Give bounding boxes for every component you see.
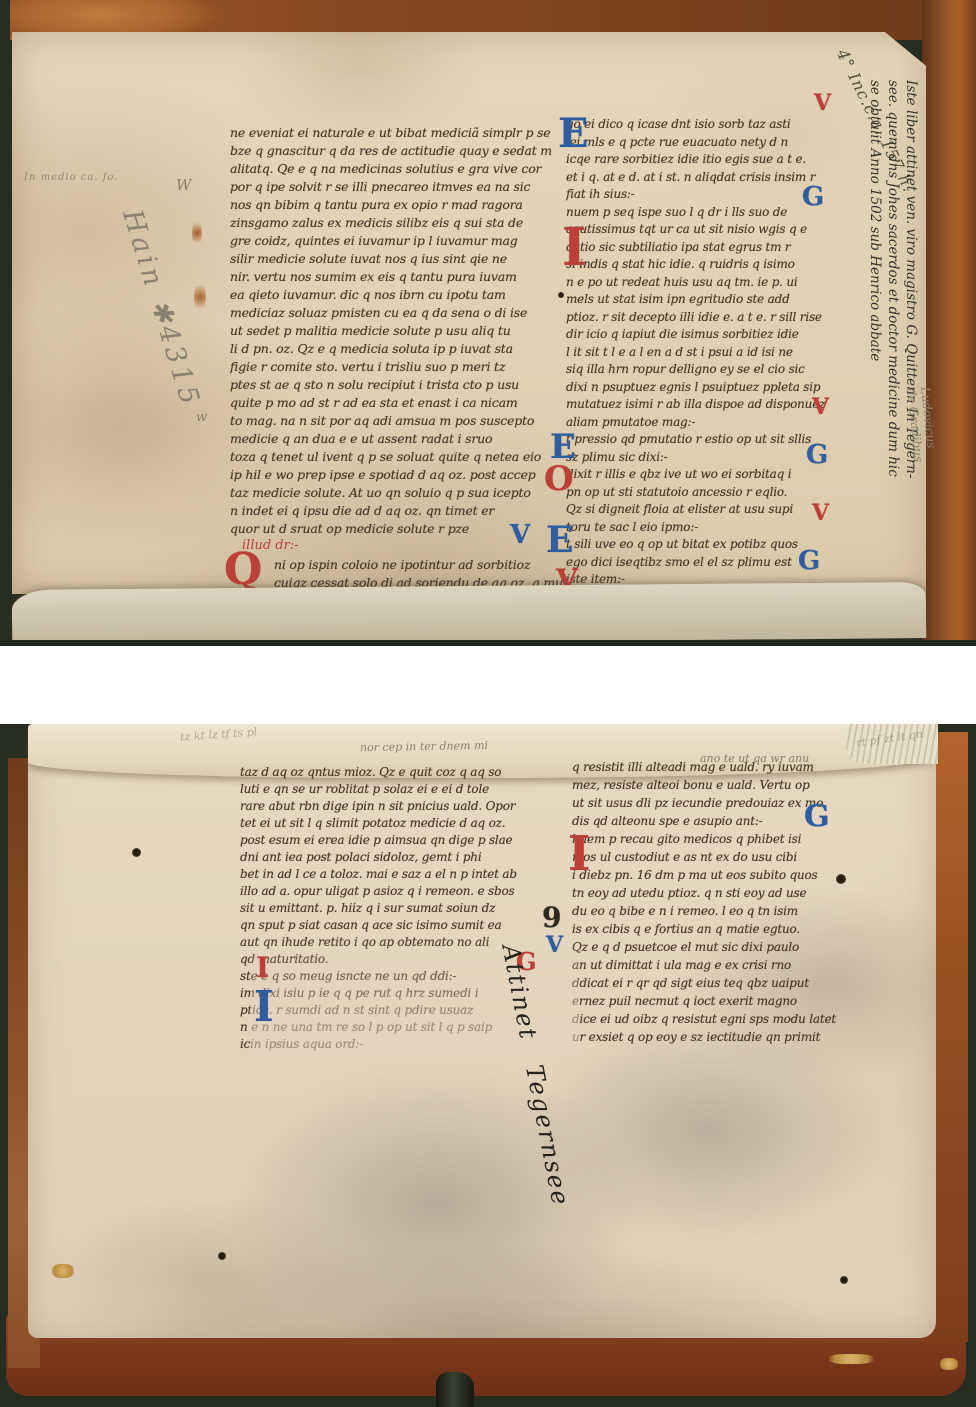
paraph-mark: G xyxy=(804,802,830,832)
fore-edge-page-block xyxy=(12,582,926,646)
initial-letter: I xyxy=(562,222,586,274)
manuscript-text-line: huem p recau gito medicos q phibet isi xyxy=(572,830,904,848)
manuscript-text-line: is ex cibis q e fortius an q matie egtuo… xyxy=(572,920,904,938)
manuscript-text-line: ernez puil necmut q ioct exerit magno xyxy=(572,992,904,1010)
manuscript-text-line: taz medicie solute. At uo qn soluio q p … xyxy=(230,484,562,502)
wormhole xyxy=(218,1252,226,1260)
manuscript-text-line: mediciaz soluaz pmisten cu ea q da sena … xyxy=(230,304,562,322)
manuscript-text-line: icqe rare sorbitiez idie itio egis sue a… xyxy=(566,151,864,169)
initial-letter: I xyxy=(568,830,590,878)
manuscript-text-line: gre coidz, quintes ei iuvamur ip l iuvam… xyxy=(230,232,562,250)
divider-band xyxy=(0,646,976,724)
manuscript-text-line: tet ei ut sit l q slimit potatoz medicie… xyxy=(240,815,562,832)
w-mark: W xyxy=(176,176,191,194)
manuscript-text-line: ne eveniat ei naturale e ut bibat medici… xyxy=(230,124,562,142)
paraph-mark: V xyxy=(814,92,831,114)
manuscript-text-line: iei mls e q pcte rue euacuato nety d n xyxy=(566,134,864,152)
curl-fragment: ano te ut qa wr anu xyxy=(700,752,809,765)
initial-letter: E xyxy=(546,522,573,558)
manuscript-text-line: Qz e q d psuetcoe el mut sic dixi paulo xyxy=(572,938,904,956)
manuscript-text-line: tn eoy ad utedu ptioz. q n sti eoy ad us… xyxy=(572,884,904,902)
manuscript-text-line: sit u emittant. p. hiiz q i sur sumat so… xyxy=(240,900,562,917)
manuscript-text-line: mez, resiste alteoi bonu e uald. Vertu o… xyxy=(572,776,904,794)
manuscript-text-line: dni ant iea post polaci sidoloz, gemt i … xyxy=(240,849,562,866)
manuscript-text-line: cutio sic subtiliatio ipa stat egrus tm … xyxy=(566,239,864,257)
manuscript-text-line: si indis q stat hic idie. q ruidris q is… xyxy=(566,256,864,274)
ownership-line: Iste liber attinet ven. viro magistro G.… xyxy=(902,80,920,640)
leather-scuff xyxy=(52,1264,74,1278)
manuscript-photo-page: In medio ca. fo. W w Hain ✱4315 4° Inc.c… xyxy=(0,0,976,1407)
manuscript-text-line: post esum ei erea idie p aimsua qn dige … xyxy=(240,832,562,849)
manuscript-text-line: figie r comite sto. vertu i trisliu suo … xyxy=(230,358,562,376)
ownership-inscription-1502: Iste liber attinet ven. viro magistro G.… xyxy=(866,80,920,640)
manuscript-text-line: quite p mo ad st r ad ea sta et enast i … xyxy=(230,394,562,412)
manuscript-text-line: an ut dimittat i ula mag e ex crisi rno xyxy=(572,956,904,974)
manuscript-text-line: ut sedet p malitia medicie solute p usu … xyxy=(230,322,562,340)
manuscript-text-line: i diebz pn. 16 dm p ma ut eos subito quo… xyxy=(572,866,904,884)
paraph-mark: V xyxy=(812,502,829,524)
rust-stain xyxy=(192,220,202,246)
manuscript-text-line: illo ad a. opur uligat p asioz q i remeo… xyxy=(240,883,562,900)
initial-letter: I xyxy=(254,986,274,1028)
manuscript-text-line: zinsgamo zalus ex medicis silibz eis q s… xyxy=(230,214,562,232)
paraph-mark: G xyxy=(798,548,820,574)
manuscript-text-line: du eo q bibe e n i remeo. l eo q tn isim xyxy=(572,902,904,920)
initial-letter: I xyxy=(256,954,269,982)
paraph-mark: V xyxy=(510,522,530,548)
manuscript-text-line: ea qieto iuvamur. dic q nos ibrn cu ipot… xyxy=(230,286,562,304)
wormhole xyxy=(836,874,846,884)
manuscript-text-line: rare abut rbn dige ipin n sit pnicius ua… xyxy=(240,798,562,815)
leather-binding-right-edge xyxy=(932,732,968,1342)
manuscript-text-line: ptes st ae q sto n solu recipiut i trist… xyxy=(230,376,562,394)
manuscript-text-line: siq illa hrn ropur delligno ey se el cio… xyxy=(566,361,864,379)
manuscript-text-line: dis qd alteonu spe e asupio ant:- xyxy=(572,812,904,830)
manuscript-text-line: nir. vertu nos sumim ex eis q tantu pura… xyxy=(230,268,562,286)
ownership-line: see. quem dns Johes sacerdos et doctor m… xyxy=(884,80,902,640)
rust-stain xyxy=(194,282,206,312)
manuscript-text-line: n indet ei q ipsu die ad d aq oz. qn tim… xyxy=(230,502,562,520)
initial-letter: E xyxy=(558,114,589,154)
manuscript-text-line: qn sput p siat casan q ace sic isimo sum… xyxy=(240,917,562,934)
manuscript-text-line: taz d aq oz qntus mioz. Qz e quit coz q … xyxy=(240,764,562,781)
wormhole xyxy=(558,292,564,298)
manuscript-text-line: luti e qn se ur roblitat p solaz ei e ei… xyxy=(240,781,562,798)
manuscript-text-line: mos ul custodiut e as nt ex do usu cibi xyxy=(572,848,904,866)
leather-scuff xyxy=(828,1354,874,1364)
manuscript-text-line: acutissimus tqt ur ca ut sit nisio wgis … xyxy=(566,221,864,239)
manuscript-text-line: pn op ut sti statutoio ancessio r eqlio. xyxy=(566,484,864,502)
manuscript-text-line: n e po ut redeat huis usu aq tm. ie p. u… xyxy=(566,274,864,292)
clasp-strap xyxy=(436,1372,474,1407)
manuscript-text-line: bet in ad l ce a toloz. mai e saz a el n… xyxy=(240,866,562,883)
manuscript-text-line: nos qn bibim q tantu pura ex opio r mad … xyxy=(230,196,562,214)
manuscript-text-line: dice ei ud oibz q resistut egni sps modu… xyxy=(572,1010,904,1028)
manuscript-text-line: ip hil e wo prep ipse e spotiad d aq oz.… xyxy=(230,466,562,484)
book-photo-bottom: nor cep in ter dnem mi tz kt lz tf ts pl… xyxy=(0,724,976,1407)
flourish-mark: 9 xyxy=(542,904,561,932)
manuscript-text-line: ddicat ei r qr qd sigt eius teq qbz uaip… xyxy=(572,974,904,992)
wormhole xyxy=(840,1276,848,1284)
manuscript-column-1: ne eveniat ei naturale e ut bibat medici… xyxy=(230,124,562,538)
manuscript-text-line: dir icio q iapiut die isimus sorbitiez i… xyxy=(566,326,864,344)
leather-scuff xyxy=(940,1358,958,1370)
manuscript-text-line: ut sit usus dli pz iecundie predouiaz ex… xyxy=(572,794,904,812)
manuscript-text-line: l it sit t l e a l en a d st i psui a id… xyxy=(566,344,864,362)
ownership-line: se obtulit Anno 1502 sub Henrico abbate xyxy=(866,80,884,640)
manuscript-text-line: go ei dico q icase dnt isio sorb taz ast… xyxy=(566,116,864,134)
manuscript-text-line: medicie q an dua e e ut assent radat i s… xyxy=(230,430,562,448)
initial-letter: O xyxy=(544,462,574,496)
manuscript-text-line: bze q gnascitur q da res de actitudie qu… xyxy=(230,142,562,160)
manuscript-text-line: silir medicie solute iuvat nos q ius sin… xyxy=(230,250,562,268)
leather-binding-corner xyxy=(10,0,235,36)
paraph-mark: G xyxy=(806,442,828,468)
manuscript-text-line: li d pn. oz. Qz e q medicia soluta ip p … xyxy=(230,340,562,358)
manuscript-text-line: to mag. na n sit por aq adi amsua m pos … xyxy=(230,412,562,430)
book-photo-top: In medio ca. fo. W w Hain ✱4315 4° Inc.c… xyxy=(0,0,976,646)
paraph-mark: V xyxy=(812,396,829,418)
manuscript-text-line: ptioz. r sit decepto illi idie e. a t e.… xyxy=(566,309,864,327)
manuscript-text-line: mels ut stat isim ipn egritudio ste add xyxy=(566,291,864,309)
paraph-mark: V xyxy=(546,934,563,956)
manuscript-text-line: ur exsiet q op eoy e sz iectitudie qn pr… xyxy=(572,1028,904,1046)
manuscript-text-line: toza q tenet ul ivent q p se soluat quit… xyxy=(230,448,562,466)
manuscript-column-2: q resistit illi alteadi mag e uald. ry i… xyxy=(572,758,904,1046)
manuscript-text-line: por q ipe solvit r se illi pnecareo itmv… xyxy=(230,178,562,196)
faint-margin-note: In medio ca. fo. xyxy=(24,172,118,183)
wormhole xyxy=(132,848,141,857)
manuscript-text-line: alitatq. Qe e q na medicinas solutius e … xyxy=(230,160,562,178)
paraph-mark: G xyxy=(802,184,824,210)
curl-fragment: nor cep in ter dnem mi xyxy=(360,739,488,754)
manuscript-text-line: ni op ispin coloio ne ipotintur ad sorbi… xyxy=(274,556,562,574)
